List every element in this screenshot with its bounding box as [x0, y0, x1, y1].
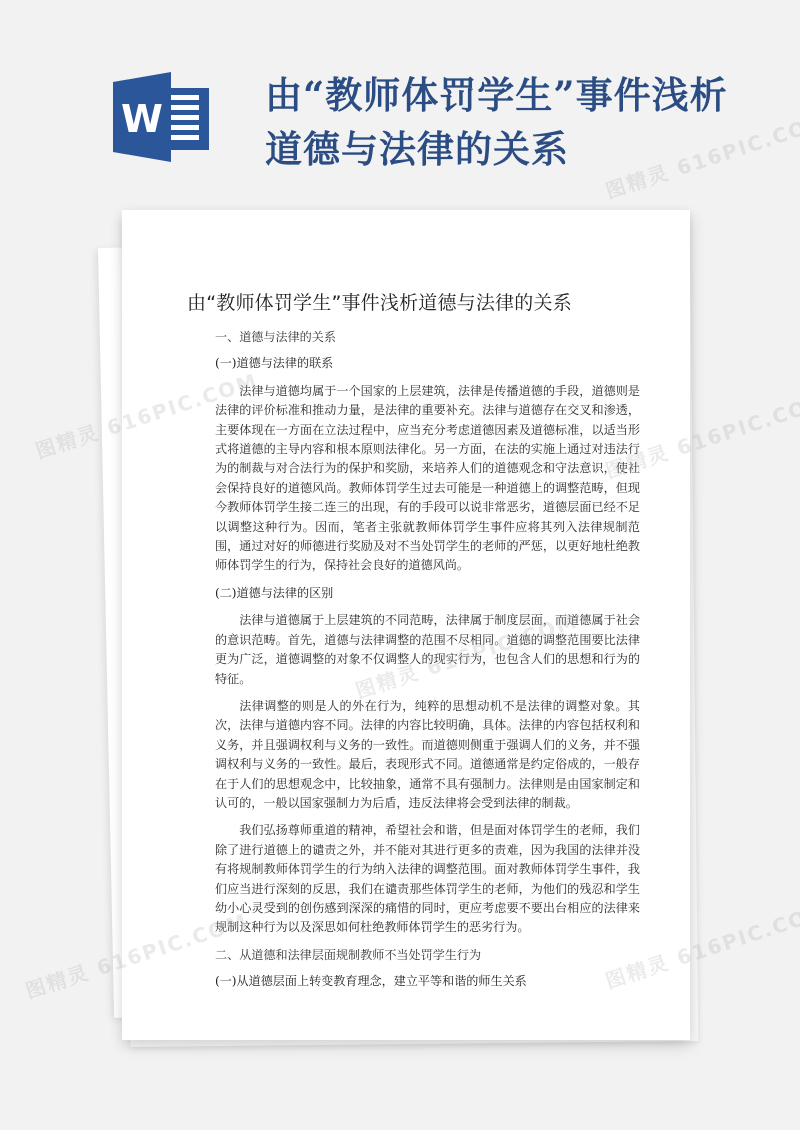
- paragraph: 法律与道德属于上层建筑的不同范畴，法律属于制度层面，而道德属于社会的意识范畴。首…: [215, 611, 640, 689]
- section-heading: 一、道德与法律的关系: [215, 328, 640, 347]
- subsection-heading: (二)道德与法律的区别: [215, 584, 640, 603]
- document-body: 一、道德与法律的关系 (一)道德与法律的联系 法律与道德均属于一个国家的上层建筑…: [215, 328, 640, 1000]
- header-title-line2: 道德与法律的关系: [265, 122, 745, 176]
- section-heading: 二、从道德和法律层面规制教师不当处罚学生行为: [215, 946, 640, 965]
- header: W 由“教师体罚学生”事件浅析 道德与法律的关系: [0, 0, 800, 200]
- document-title: 由“教师体罚学生”事件浅析道德与法律的关系: [187, 288, 657, 315]
- paragraph: 我们弘扬尊师重道的精神，希望社会和谐，但是面对体罚学生的老师，我们除了进行道德上…: [215, 821, 640, 937]
- subsection-heading: (一)从道德层面上转变教育理念，建立平等和谐的师生关系: [215, 972, 640, 991]
- header-title: 由“教师体罚学生”事件浅析 道德与法律的关系: [265, 68, 745, 176]
- header-title-line1: 由“教师体罚学生”事件浅析: [265, 68, 745, 122]
- paragraph: 法律调整的则是人的外在行为，纯粹的思想动机不是法律的调整对象。其次，法律与道德内…: [215, 697, 640, 813]
- word-document-icon: W: [113, 72, 213, 162]
- svg-text:W: W: [121, 97, 163, 141]
- document-page: 由“教师体罚学生”事件浅析道德与法律的关系 一、道德与法律的关系 (一)道德与法…: [122, 210, 690, 1040]
- subsection-heading: (一)道德与法律的联系: [215, 354, 640, 373]
- paragraph: 法律与道德均属于一个国家的上层建筑，法律是传播道德的手段，道德则是法律的评价标准…: [215, 382, 640, 576]
